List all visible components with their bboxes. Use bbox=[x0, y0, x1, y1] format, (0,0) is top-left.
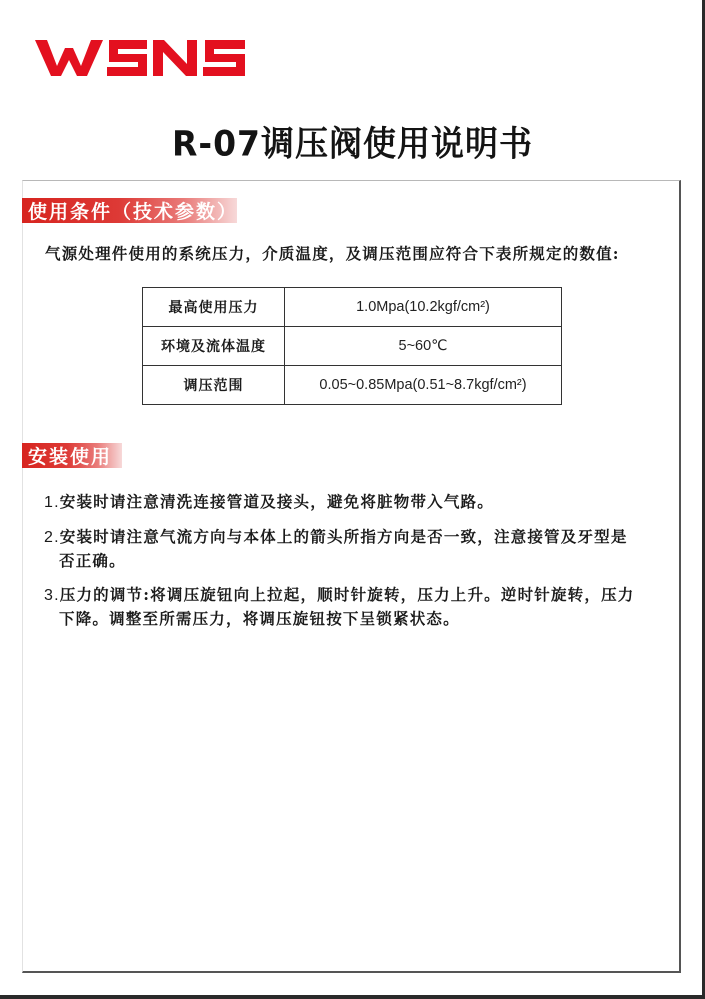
list-item: 2.安装时请注意气流方向与本体上的箭头所指方向是否一致，注意接管及牙型是 否正确… bbox=[44, 525, 664, 572]
section-header-install: 安装使用 bbox=[22, 443, 122, 468]
table-row: 环境及流体温度 5~60℃ bbox=[143, 327, 562, 366]
step-number: 3. bbox=[44, 587, 60, 604]
conditions-intro-text: 气源处理件使用的系统压力，介质温度，及调压范围应符合下表所规定的数值: bbox=[45, 242, 620, 264]
spec-value: 5~60℃ bbox=[285, 327, 562, 366]
list-item: 3.压力的调节:将调压旋钮向上拉起，顺时针旋转，压力上升。逆时针旋转，压力 下降… bbox=[44, 583, 664, 630]
step-text-continued: 否正确。 bbox=[44, 549, 664, 572]
step-text: 安装时请注意气流方向与本体上的箭头所指方向是否一致，注意接管及牙型是 bbox=[60, 527, 628, 546]
step-number: 1. bbox=[44, 494, 60, 511]
table-row: 调压范围 0.05~0.85Mpa(0.51~8.7kgf/cm²) bbox=[143, 366, 562, 405]
spec-table: 最高使用压力 1.0Mpa(10.2kgf/cm²) 环境及流体温度 5~60℃… bbox=[142, 287, 562, 405]
table-row: 最高使用压力 1.0Mpa(10.2kgf/cm²) bbox=[143, 288, 562, 327]
section-header-conditions: 使用条件（技术参数） bbox=[22, 198, 237, 223]
wsns-logo-icon bbox=[35, 38, 247, 78]
page-edge-bottom bbox=[0, 995, 705, 999]
spec-label: 最高使用压力 bbox=[143, 288, 285, 327]
spec-value: 0.05~0.85Mpa(0.51~8.7kgf/cm²) bbox=[285, 366, 562, 405]
spec-value: 1.0Mpa(10.2kgf/cm²) bbox=[285, 288, 562, 327]
step-text: 压力的调节:将调压旋钮向上拉起，顺时针旋转，压力上升。逆时针旋转，压力 bbox=[60, 585, 635, 604]
spec-label: 调压范围 bbox=[143, 366, 285, 405]
spec-label: 环境及流体温度 bbox=[143, 327, 285, 366]
step-text-continued: 下降。调整至所需压力，将调压旋钮按下呈锁紧状态。 bbox=[44, 607, 664, 630]
list-item: 1.安装时请注意清洗连接管道及接头，避免将脏物带入气路。 bbox=[44, 490, 664, 514]
install-steps-list: 1.安装时请注意清洗连接管道及接头，避免将脏物带入气路。 2.安装时请注意气流方… bbox=[44, 490, 664, 641]
step-text: 安装时请注意清洗连接管道及接头，避免将脏物带入气路。 bbox=[60, 492, 494, 511]
brand-logo bbox=[35, 34, 247, 82]
document-title: R-07调压阀使用说明书 bbox=[0, 117, 705, 166]
step-number: 2. bbox=[44, 529, 60, 546]
